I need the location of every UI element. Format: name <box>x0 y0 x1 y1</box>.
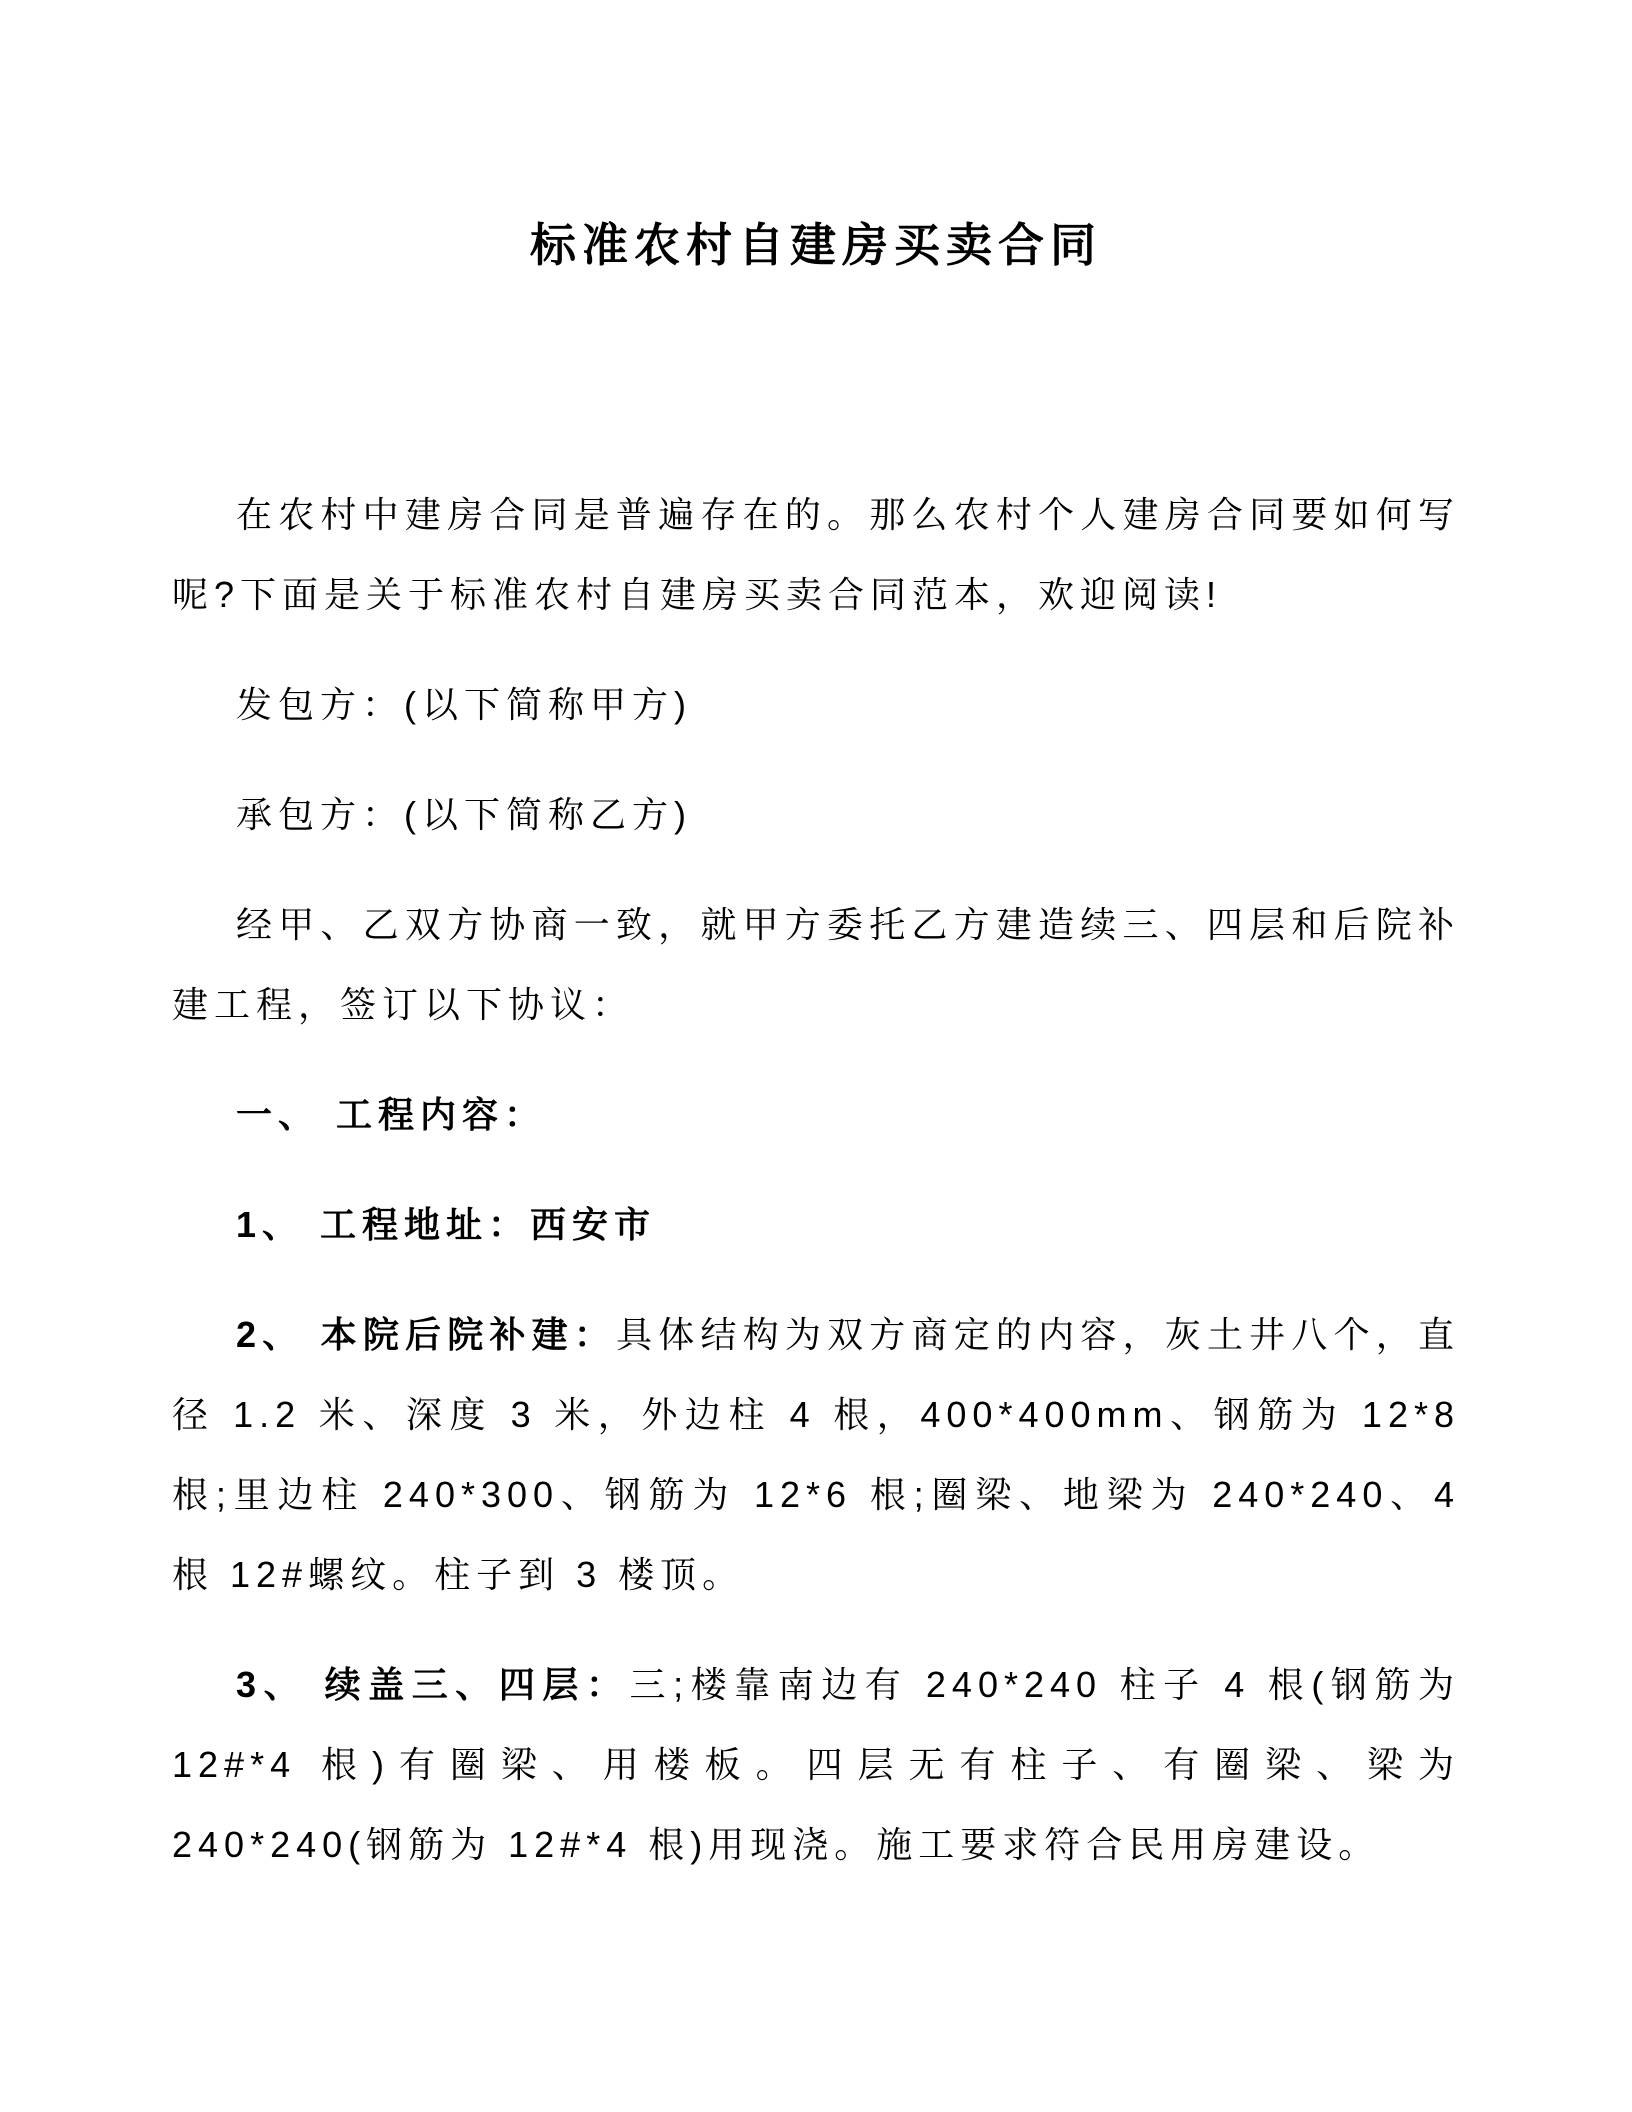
document-body: 在农村中建房合同是普遍存在的。那么农村个人建房合同要如何写呢?下面是关于标准农村… <box>172 475 1460 1885</box>
paragraph: 发包方：(以下简称甲方) <box>172 665 1460 745</box>
paragraph: 2、 本院后院补建：具体结构为双方商定的内容，灰土井八个，直径 1.2 米、深度… <box>172 1295 1460 1615</box>
paragraph: 在农村中建房合同是普遍存在的。那么农村个人建房合同要如何写呢?下面是关于标准农村… <box>172 475 1460 635</box>
paragraph-label: 2、 本院后院补建： <box>236 1314 616 1355</box>
section-heading: 1、 工程地址：西安市 <box>172 1185 1460 1265</box>
paragraph: 承包方：(以下简称乙方) <box>172 775 1460 855</box>
paragraph: 经甲、乙双方协商一致，就甲方委托乙方建造续三、四层和后院补建工程，签订以下协议： <box>172 885 1460 1045</box>
paragraph-label: 3、 续盖三、四层： <box>236 1664 630 1705</box>
paragraph: 3、 续盖三、四层：三;楼靠南边有 240*240 柱子 4 根(钢筋为 12#… <box>172 1645 1460 1885</box>
section-heading: 一、 工程内容： <box>172 1075 1460 1155</box>
paragraph-text: 具体结构为双方商定的内容，灰土井八个，直径 1.2 米、深度 3 米，外边柱 4… <box>172 1314 1460 1595</box>
document-page: 标准农村自建房买卖合同 在农村中建房合同是普遍存在的。那么农村个人建房合同要如何… <box>0 0 1632 2112</box>
document-title: 标准农村自建房买卖合同 <box>172 205 1460 285</box>
